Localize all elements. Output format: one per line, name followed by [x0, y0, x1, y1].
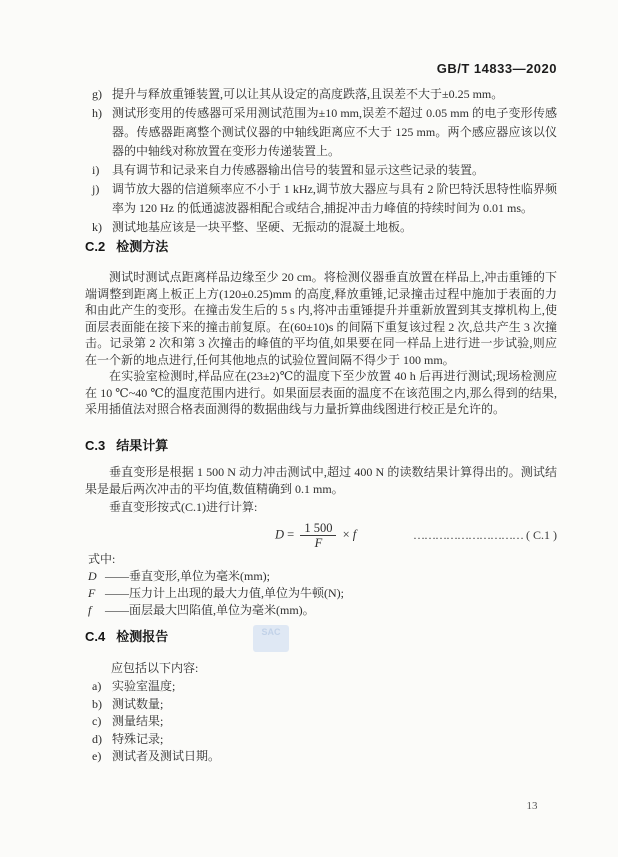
list-item-i: i) 具有调节和记录来自力传感器输出信号的装置和显示这些记录的装置。 [85, 161, 557, 180]
symbol: f [88, 602, 105, 619]
symbol-description: ——面层最大凹陷值,单位为毫米(mm)。 [105, 602, 315, 619]
section-c2-heading: C.2检测方法 [85, 238, 557, 255]
list-item-text: 测试者及测试日期。 [112, 748, 557, 766]
where-intro: 式中: [85, 551, 560, 568]
section-title: 检测方法 [116, 239, 168, 254]
section-c3-heading: C.3结果计算 [85, 437, 557, 454]
report-item-b: b) 测试数量; [85, 696, 557, 714]
equals-sign: = [287, 527, 294, 541]
fraction-denominator: F [300, 536, 336, 550]
report-item-c: c) 测量结果; [85, 713, 557, 731]
list-item-text: 测试地基应该是一块平整、坚硬、无振动的混凝土地板。 [112, 218, 557, 237]
formula-label: ( C.1 ) [526, 528, 557, 542]
list-item-label: h) [92, 104, 112, 161]
section-number: C.2 [85, 239, 105, 254]
list-item-k: k) 测试地基应该是一块平整、坚硬、无振动的混凝土地板。 [85, 218, 557, 237]
list-item-text: 提升与释放重锤装置,可以让其从设定的高度跌落,且误差不大于±0.25 mm。 [112, 85, 557, 104]
sac-watermark-logo: SAC [253, 625, 289, 652]
list-item-g: g) 提升与释放重锤装置,可以让其从设定的高度跌落,且误差不大于±0.25 mm… [85, 85, 557, 104]
list-item-h: h) 测试形变用的传感器可采用测试范围为±10 mm,误差不超过 0.05 mm… [85, 104, 557, 161]
report-item-e: e) 测试者及测试日期。 [85, 748, 557, 766]
section-title: 检测报告 [116, 629, 168, 644]
section-c3-paragraph-1: 垂直变形是根据 1 500 N 动力冲击测试中,超过 400 N 的读数结果计算… [85, 464, 557, 497]
section-c2-paragraph-2: 在实验室检测时,样品应在(23±2)℃的温度下至少放置 40 h 后再进行测试;… [85, 368, 557, 418]
document-header: GB/T 14833—2020 [85, 61, 557, 76]
list-item-label: g) [92, 85, 112, 104]
list-item-label: k) [92, 218, 112, 237]
list-item-text: 实验室温度; [112, 678, 557, 696]
report-list: a) 实验室温度; b) 测试数量; c) 测量结果; d) 特殊记录; e) … [85, 678, 557, 766]
report-item-d: d) 特殊记录; [85, 731, 557, 749]
section-number: C.4 [85, 629, 105, 644]
list-item-label: d) [92, 731, 112, 749]
section-c3-paragraph-2: 垂直变形按式(C.1)进行计算: [85, 499, 557, 516]
formula-leader: ………………………… ( C.1 ) [413, 528, 557, 543]
section-title: 结果计算 [116, 438, 168, 453]
where-item-f-upper: F ——压力计上出现的最大力值,单位为牛顿(N); [88, 585, 560, 602]
list-item-text: 测试数量; [112, 696, 557, 714]
where-item-d: D ——垂直变形,单位为毫米(mm); [88, 568, 560, 585]
list-item-label: a) [92, 678, 112, 696]
symbol: F [88, 585, 105, 602]
fraction-numerator: 1 500 [300, 521, 336, 536]
list-item-label: j) [92, 180, 112, 218]
symbol-description: ——压力计上出现的最大力值,单位为牛顿(N); [105, 585, 344, 602]
formula-expression: D = 1 500 F × f [275, 521, 356, 550]
symbol-description: ——垂直变形,单位为毫米(mm); [105, 568, 270, 585]
report-intro: 应包括以下内容: [85, 660, 557, 677]
list-item-text: 特殊记录; [112, 731, 557, 749]
list-item-text: 测量结果; [112, 713, 557, 731]
formula-lhs: D [275, 527, 284, 541]
section-c2-paragraph-1: 测试时测试点距离样品边缘至少 20 cm。将检测仪器垂直放置在样品上,冲击重锤的… [85, 269, 557, 368]
equipment-list: g) 提升与释放重锤装置,可以让其从设定的高度跌落,且误差不大于±0.25 mm… [85, 85, 557, 237]
where-list: D ——垂直变形,单位为毫米(mm); F ——压力计上出现的最大力值,单位为牛… [85, 568, 560, 620]
document-page: GB/T 14833—2020 g) 提升与释放重锤装置,可以让其从设定的高度跌… [0, 0, 618, 857]
list-item-j: j) 调节放大器的信道频率应不小于 1 kHz,调节放大器应与具有 2 阶巴特沃… [85, 180, 557, 218]
list-item-label: i) [92, 161, 112, 180]
report-item-a: a) 实验室温度; [85, 678, 557, 696]
leader-dots: ………………………… [413, 528, 523, 542]
symbol: D [88, 568, 105, 585]
page-number: 13 [516, 800, 548, 812]
list-item-text: 调节放大器的信道频率应不小于 1 kHz,调节放大器应与具有 2 阶巴特沃思特性… [112, 180, 557, 218]
list-item-label: b) [92, 696, 112, 714]
list-item-text: 具有调节和记录来自力传感器输出信号的装置和显示这些记录的装置。 [112, 161, 557, 180]
times-sign: × [343, 527, 350, 541]
list-item-label: e) [92, 748, 112, 766]
where-item-f-lower: f ——面层最大凹陷值,单位为毫米(mm)。 [88, 602, 560, 619]
list-item-text: 测试形变用的传感器可采用测试范围为±10 mm,误差不超过 0.05 mm 的电… [112, 104, 557, 161]
list-item-label: c) [92, 713, 112, 731]
formula-variable: f [353, 527, 356, 541]
fraction: 1 500 F [300, 521, 336, 550]
section-c4-heading: C.4检测报告 [85, 628, 557, 645]
section-number: C.3 [85, 438, 105, 453]
